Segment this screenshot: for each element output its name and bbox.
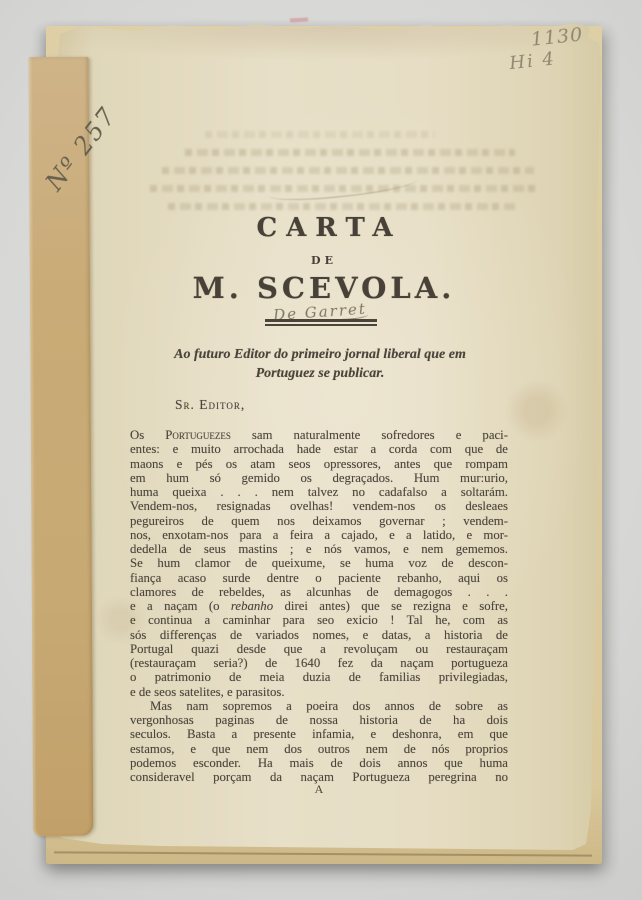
body-line: Se hum clamor de queixume, se huma voz d… xyxy=(130,556,508,570)
body-line: Vendem-nos, resignadas ovelhas! vendem-n… xyxy=(130,499,508,513)
body-line: em hum só gemido os degraçados. Hum mur:… xyxy=(130,471,508,485)
body-line: e de seos satelites, e parasitos. xyxy=(130,685,508,699)
body-line: Os Portuguezes sam naturalmente sofredor… xyxy=(130,428,508,442)
title-connector: DE xyxy=(120,254,524,267)
body-line: Mas nam sopremos a poeira dos annos de s… xyxy=(130,699,508,713)
body-line: huma queixa . . . nem talvez no cadafals… xyxy=(130,485,508,499)
body-line: e continua a caminhar para seo exicio ! … xyxy=(130,613,508,627)
body-line: entes: e muito arrochada hade estar a co… xyxy=(130,442,508,456)
rule-thin-bar xyxy=(265,324,377,326)
body-line: fiança acaso surde dentre o paciente reb… xyxy=(130,571,508,585)
body-smallcaps-word: Portuguezes xyxy=(165,428,231,442)
body-line: e a naçam (o rebanho direi antes) que se… xyxy=(130,599,508,613)
signature-mark: A xyxy=(130,782,508,797)
dedication-line-2: Portuguez se publicar. xyxy=(120,366,520,382)
body-line: (restauraçam seria?) de 1640 fez da naça… xyxy=(130,656,508,670)
dedication-line-1: Ao futuro Editor do primeiro jornal libe… xyxy=(120,347,520,363)
pink-edge-mark xyxy=(290,18,308,23)
body-line: maons e pés os atam seos opressores, ant… xyxy=(130,457,508,471)
body-text-column: Os Portuguezes sam naturalmente sofredor… xyxy=(130,428,508,784)
body-text: Os xyxy=(130,428,165,442)
ghost-text-line xyxy=(185,149,515,156)
body-line: clamores de rebeldes, as alcunhas de dem… xyxy=(130,585,508,599)
photo-background: 1130 Hi 4 CARTA DE M. SCEVOLA. De Garret… xyxy=(0,0,642,900)
body-line: pegureiros de quem nos deixamos governar… xyxy=(130,514,508,528)
title-double-rule xyxy=(265,319,377,326)
main-title: CARTA xyxy=(120,213,529,243)
salutation: Sr. Editor, xyxy=(175,397,245,413)
ghost-text-line xyxy=(205,131,435,138)
body-line: nos, enxotam-nos para a feira a cajado, … xyxy=(130,528,508,542)
body-line: seculos. Basta a presente infamia, e des… xyxy=(130,727,508,741)
body-text: e a naçam (o xyxy=(130,599,231,613)
body-line: o patrimonio de meia duzia de familias p… xyxy=(130,670,508,684)
body-line: podemos esconder. Ha mais de dois annos … xyxy=(130,756,508,770)
body-text: sam naturalmente sofredores e paci- xyxy=(231,428,508,442)
body-italic-word: rebanho xyxy=(231,599,273,613)
body-line: estamos, e que nem dos outros nem de nós… xyxy=(130,742,508,756)
rule-thick-bar xyxy=(265,319,377,322)
body-line: Portugal quazi desde que a revoluçam ou … xyxy=(130,642,508,656)
ghost-text-line xyxy=(162,167,534,174)
body-line: vergonhosas paginas de nossa historia de… xyxy=(130,713,508,727)
body-line: sós differenças de variados nomes, e dat… xyxy=(130,628,508,642)
body-text: direi antes) que se rezigna e sofre, xyxy=(273,599,508,613)
spine-tape: Nº 257 xyxy=(29,57,94,836)
ghost-text-line xyxy=(168,203,518,210)
body-line: dedella de seus mastins ; e nós vamos, e… xyxy=(130,542,508,556)
